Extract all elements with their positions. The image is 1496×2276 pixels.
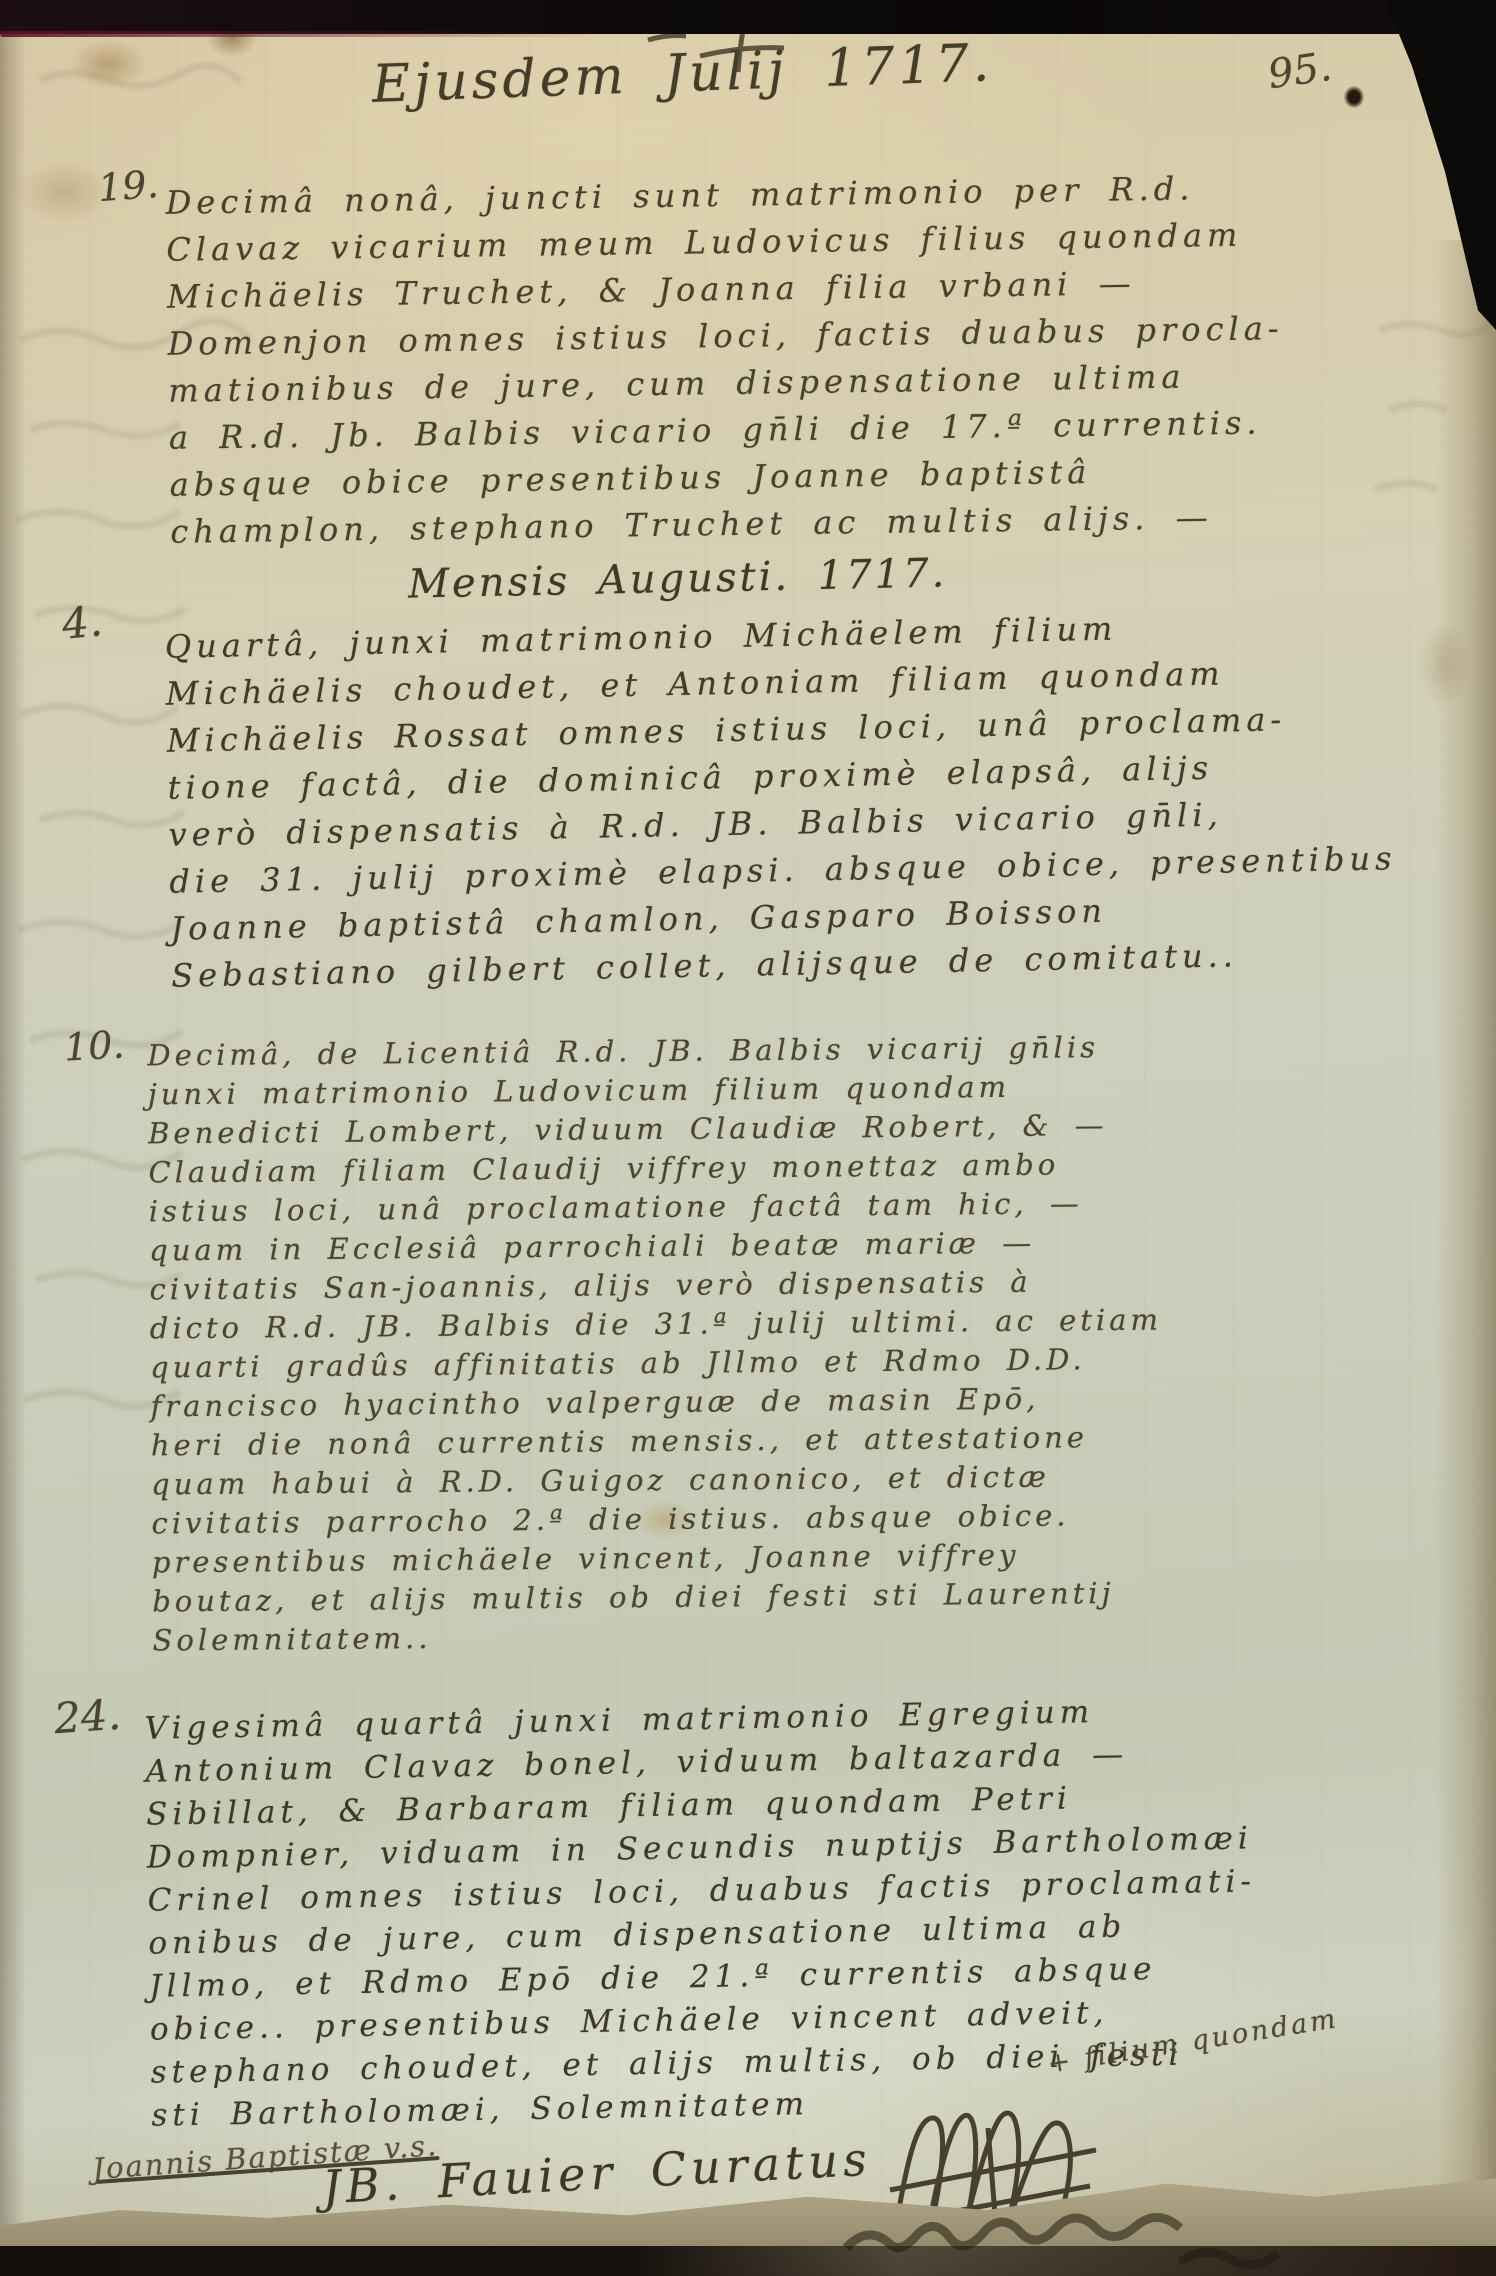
page-left-edge-shadow xyxy=(0,26,26,2276)
entry-day-number: 24. xyxy=(52,1690,122,1744)
entry-text-july-19: Decimâ nonâ, juncti sunt matrimonio per … xyxy=(165,164,1286,556)
manuscript-photo: Ejusdem Julij 1717. 95. 19. Decimâ nonâ,… xyxy=(0,0,1496,2276)
entry-text-august-4: Quartâ, junxi matrimonio Michäelem filiu… xyxy=(165,600,1399,999)
entry-day-number: 10. xyxy=(63,1022,126,1069)
page-deckle-edge xyxy=(1436,240,1496,2200)
photo-background-bottom xyxy=(0,2246,1496,2276)
book-edge-maroon xyxy=(0,31,600,37)
foxing-stain xyxy=(70,38,148,90)
entry-day-number: 19. xyxy=(97,162,160,210)
ink-blot xyxy=(1344,86,1364,108)
photo-background-top xyxy=(0,0,1496,34)
entry-text-august-10: Decimâ, de Licentiâ R.d. JB. Balbis vica… xyxy=(147,1028,1165,1661)
page-number: 95. xyxy=(1265,44,1334,98)
entry-day-number: 4. xyxy=(60,596,105,649)
foxing-stain xyxy=(1418,620,1472,710)
